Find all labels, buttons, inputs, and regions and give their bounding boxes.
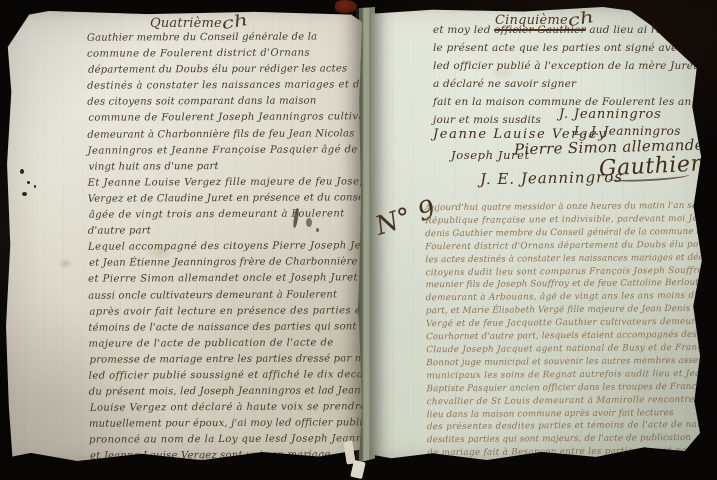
next-act-text-block: Aujourd'hui quatre messidor à onze heure…	[425, 200, 717, 461]
manuscript-line: destinés à constater les naissances mari…	[87, 78, 361, 96]
paper-stain	[144, 244, 176, 260]
manuscript-line: demeurant à Charbonnière fils de feu Jea…	[87, 126, 361, 144]
manuscript-line: des citoyens soit comparant dans la mais…	[87, 94, 361, 112]
manuscript-line: Et Jeanne Louise Vergez fille majeure de…	[88, 174, 362, 192]
wax-seal-fragment	[335, 0, 357, 13]
manuscript-line: le présent acte que les parties ont sign…	[433, 39, 715, 57]
struck-text: officier Gauthier	[494, 24, 586, 36]
manuscript-line: a déclaré ne savoir signer	[433, 75, 715, 93]
manuscript-line: de mariage fait à Besançon entre les par…	[427, 445, 717, 460]
manuscript-line: et Jean Étienne Jeanningros frère de Cha…	[89, 255, 363, 273]
manuscript-line: Vergez et de Claudine Juret en présence …	[88, 190, 362, 208]
manuscript-line: Louise Vergez ont déclaré à haute voix s…	[90, 399, 364, 417]
right-page: Cinquièmech et moy led officier Gauthier…	[371, 7, 712, 460]
ink-speck	[20, 169, 24, 174]
manuscript-line: led officier publié soussigné et affiché…	[89, 367, 363, 385]
signature-gauthier: Gauthier	[598, 151, 702, 181]
line-fragment: aud lieu ai rédigé	[586, 24, 686, 36]
manuscript-line: après avoir fait lecture en présence des…	[89, 303, 363, 321]
manuscript-line: et Pierre Simon allemandet oncle et Jose…	[88, 271, 362, 289]
manuscript-line: majeure de l'acte de publication de l'ac…	[88, 335, 362, 353]
manuscript-scan: Quatrièmech Gauthier membre du Conseil g…	[0, 0, 717, 480]
paper-stain	[58, 258, 73, 269]
ink-blot	[316, 228, 319, 232]
left-page-header: Quatrièmech	[150, 12, 245, 31]
manuscript-line: et moy led officier Gauthier aud lieu ai…	[433, 21, 715, 39]
paper-stain	[489, 65, 517, 81]
ink-blot	[306, 218, 312, 227]
manuscript-line: Jeanningros et Jeanne Françoise Pasquier…	[87, 142, 361, 160]
manuscript-line: commune de Foulerent district d'Ornans	[87, 45, 361, 63]
left-page: Quatrièmech Gauthier membre du Conseil g…	[6, 11, 362, 461]
line-fragment: jour et mois susdits	[433, 114, 541, 126]
binding-tie	[350, 460, 366, 479]
closing-lines: le présent acte que les parties ont sign…	[433, 39, 715, 111]
ink-speck	[27, 181, 30, 184]
manuscript-line: led officier publié à l'exception de la …	[433, 57, 715, 75]
manuscript-line: d'autre part	[88, 222, 362, 240]
manuscript-line: prononcé au nom de la Loy que lesd Josep…	[89, 432, 363, 450]
manuscript-line: mutuellement pour époux, j'ai moy led of…	[89, 416, 363, 434]
manuscript-line: vingt huit ans d'une part	[89, 158, 363, 176]
manuscript-line: Gauthier membre du Conseil générale de l…	[87, 29, 361, 47]
manuscript-line: et Jeanne Louise Vergez sont unis en mar…	[90, 448, 364, 466]
manuscript-line: aussi oncle cultivateurs demeurant à Fou…	[88, 287, 362, 305]
left-page-text-block: Gauthier membre du Conseil générale de l…	[87, 29, 363, 465]
manuscript-line: du présent mois, led Joseph Jeanningros …	[89, 383, 363, 401]
manuscript-line: promesse de mariage entre les parties dr…	[90, 351, 364, 369]
closing-text-block: et moy led officier Gauthier aud lieu ai…	[433, 21, 715, 129]
ink-speck	[34, 185, 36, 188]
manuscript-line: témoins de l'acte de naissance des parti…	[88, 319, 362, 337]
manuscript-line: département du Doubs élu pour rédiger le…	[88, 61, 362, 79]
manuscript-line: âgée de vingt trois ans demeurant à Foul…	[89, 206, 363, 224]
signature-jeanningros-inline: J. Jeanningros	[559, 106, 662, 124]
line-fragment: et moy led	[433, 24, 494, 36]
left-page-header-text: Quatrième	[150, 16, 222, 31]
manuscript-line: Lequel accompagné des citoyens Pierre Jo…	[88, 239, 362, 257]
ink-speck	[22, 192, 27, 196]
manuscript-line: commune de Foulerent Joseph Jeanningros …	[88, 110, 362, 128]
